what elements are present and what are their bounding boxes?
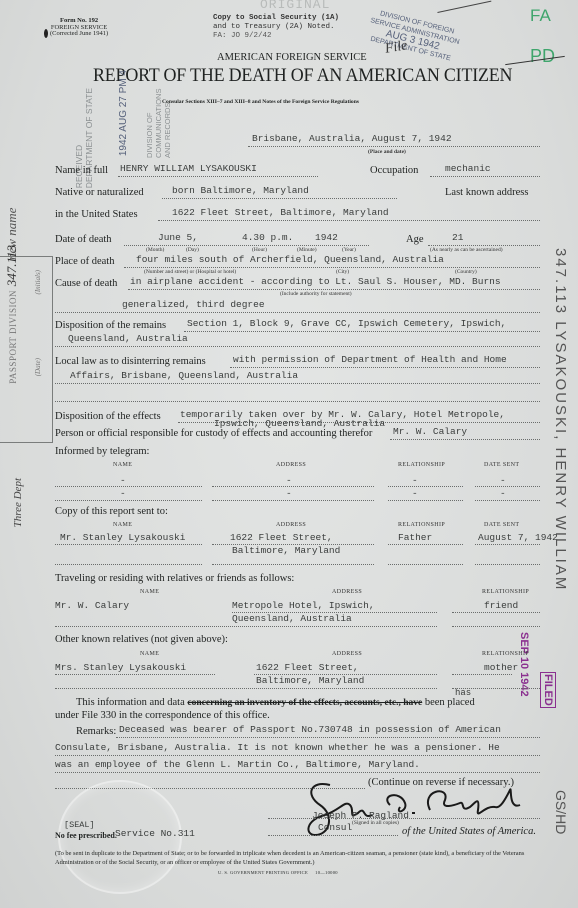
copy-address-line1: 1622 Fleet Street, bbox=[230, 532, 333, 543]
last-address-label: Last known address bbox=[445, 187, 528, 198]
telegram-cell: - bbox=[286, 475, 292, 486]
in-us-label: in the United States bbox=[55, 209, 138, 220]
fa-note: FA bbox=[530, 6, 551, 26]
filed-label-stamp: FILED bbox=[540, 672, 556, 708]
remains-label: Disposition of the remains bbox=[55, 320, 166, 331]
place-of-death-label: Place of death bbox=[55, 256, 114, 267]
copy-relationship: Father bbox=[398, 532, 432, 543]
copy-line bbox=[388, 544, 463, 545]
telegram-heading: Informed by telegram: bbox=[55, 446, 149, 457]
tg-line bbox=[55, 486, 202, 487]
custody-label: Person or official responsible for custo… bbox=[55, 428, 372, 439]
strike-marks-icon bbox=[437, 1, 497, 43]
place-and-date-line bbox=[248, 146, 540, 147]
copy-note-line2: and to Treasury (2A) Noted. bbox=[213, 23, 339, 32]
division-comm-stamp: DIVISION OF COMMUNICATIONS AND RECORDS bbox=[145, 98, 175, 158]
punch-mark bbox=[44, 29, 48, 38]
copy-col-date-sent: DATE SENT bbox=[484, 522, 519, 528]
copy-name: Mr. Stanley Lysakouski bbox=[60, 532, 185, 543]
name-line bbox=[118, 176, 318, 177]
traveling-col-name: NAME bbox=[140, 589, 159, 595]
age-value: 21 bbox=[452, 232, 463, 243]
tg-line bbox=[212, 500, 374, 501]
copy-line bbox=[55, 564, 202, 565]
native-label: Native or naturalized bbox=[55, 187, 144, 198]
passport-division-label: PASSPORT DIVISION bbox=[8, 290, 18, 384]
place-caption-country: (Country) bbox=[455, 269, 477, 275]
tg-line bbox=[475, 500, 540, 501]
signed-caption: (Signed in all copies) bbox=[352, 820, 399, 826]
copy-sent-heading: Copy of this report sent to: bbox=[55, 506, 168, 517]
telegram-col-relationship: RELATIONSHIP bbox=[398, 462, 445, 468]
place-and-date-caption: (Place and date) bbox=[368, 149, 406, 155]
cause-line-1 bbox=[128, 289, 540, 290]
telegram-cell: - bbox=[120, 475, 126, 486]
law-line-2 bbox=[55, 383, 540, 384]
other-address-line1: 1622 Fleet Street, bbox=[256, 662, 359, 673]
date-line bbox=[124, 245, 369, 246]
custody-value: Mr. W. Calary bbox=[393, 426, 467, 437]
traveling-line bbox=[232, 612, 437, 613]
local-law-value-line2: Affairs, Brisbane, Queensland, Australia bbox=[70, 370, 298, 381]
remains-line-2 bbox=[55, 346, 540, 347]
custody-line bbox=[390, 439, 540, 440]
other-col-address: ADDRESS bbox=[332, 651, 362, 657]
traveling-line bbox=[55, 626, 437, 627]
remarks-rule bbox=[55, 772, 540, 773]
received-date-stamp: 1942 AUG 27 PM 4 bbox=[118, 70, 129, 156]
date-caption-hour: (Hour) bbox=[252, 247, 267, 253]
other-line bbox=[55, 674, 215, 675]
date-caption-minute: (Minute) bbox=[297, 247, 317, 253]
pd-note: PD bbox=[530, 46, 555, 67]
date-year-value: 1942 bbox=[315, 232, 338, 243]
footer-printer: U. S. GOVERNMENT PRINTING OFFICE 10—1000… bbox=[218, 870, 338, 875]
place-of-death-value: four miles south of Archerfield, Queensl… bbox=[136, 254, 444, 265]
telegram-cell: - bbox=[286, 488, 292, 499]
native-value: born Baltimore, Maryland bbox=[172, 185, 309, 196]
agency-name: AMERICAN FOREIGN SERVICE bbox=[217, 52, 367, 63]
traveling-name: Mr. W. Calary bbox=[55, 600, 129, 611]
date-caption-year: (Year) bbox=[342, 247, 356, 253]
telegram-cell: - bbox=[120, 488, 126, 499]
cause-caption: (Include authority for statement) bbox=[280, 291, 352, 297]
copy-line bbox=[475, 544, 540, 545]
telegram-cell: - bbox=[500, 488, 506, 499]
tg-line bbox=[212, 486, 374, 487]
telegram-cell: - bbox=[412, 488, 418, 499]
gs-hd-mark: GS/HD bbox=[553, 790, 569, 834]
page-subtitle: Consular Sections XIII–7 and XIII–8 and … bbox=[162, 99, 359, 105]
tg-line bbox=[475, 486, 540, 487]
of-usa-label: of the United States of America. bbox=[402, 826, 536, 837]
inventory-text-before: This information and data bbox=[76, 697, 185, 708]
telegram-cell: - bbox=[500, 475, 506, 486]
copy-note-line3: FA: JO 9/2/42 bbox=[213, 32, 339, 41]
traveling-address-line1: Metropole Hotel, Ipswich, bbox=[232, 600, 375, 611]
traveling-relationship: friend bbox=[484, 600, 518, 611]
date-month-value: June 5, bbox=[158, 232, 198, 243]
inventory-text-after: been placed bbox=[425, 697, 475, 708]
form-number-block: Form No. 192 FOREIGN SERVICE (Corrected … bbox=[50, 18, 108, 38]
copy-note: Copy to Social Security (1A) and to Trea… bbox=[213, 14, 339, 41]
copy-line bbox=[475, 564, 540, 565]
copy-date-sent: August 7, 1942 bbox=[478, 532, 558, 543]
signer-title: Consul bbox=[318, 822, 352, 833]
telegram-col-name: NAME bbox=[113, 462, 132, 468]
traveling-col-address: ADDRESS bbox=[332, 589, 362, 595]
remains-value-line2: Queensland, Australia bbox=[68, 333, 188, 344]
title-line bbox=[268, 835, 398, 836]
traveling-line bbox=[452, 612, 540, 613]
local-law-label: Local law as to disinterring remains bbox=[55, 356, 206, 367]
other-name: Mrs. Stanley Lysakouski bbox=[55, 662, 186, 673]
copy-line bbox=[388, 564, 463, 565]
file-number-handwritten: 347.113 bbox=[4, 245, 20, 286]
in-us-value: 1622 Fleet Street, Baltimore, Maryland bbox=[172, 207, 389, 218]
cause-value-line1: in airplane accident - according to Lt. … bbox=[130, 276, 501, 287]
no-fee-label: No fee prescribed. bbox=[55, 831, 117, 840]
cause-value-line2: generalized, third degree bbox=[122, 299, 265, 310]
other-relationship: mother bbox=[484, 662, 518, 673]
other-line bbox=[254, 674, 437, 675]
original-stamp: ORIGINAL bbox=[260, 0, 330, 12]
passport-date-label: (Date) bbox=[34, 358, 42, 376]
other-col-name: NAME bbox=[140, 651, 159, 657]
occupation-label: Occupation bbox=[370, 165, 418, 176]
other-line bbox=[55, 688, 437, 689]
law-line-1 bbox=[230, 367, 540, 368]
inventory-line2: under File 330 in the correspondence of … bbox=[55, 710, 270, 721]
form-corrected: (Corrected June 1941) bbox=[50, 31, 108, 38]
remarks-label: Remarks: bbox=[76, 726, 116, 737]
other-address-line2: Baltimore, Maryland bbox=[256, 675, 364, 686]
tg-line bbox=[388, 500, 463, 501]
remarks-rule bbox=[116, 737, 540, 738]
document-page: Form No. 192 FOREIGN SERVICE (Corrected … bbox=[0, 0, 578, 908]
handwritten-file-note: File bbox=[384, 38, 409, 58]
seal-label: [SEAL] bbox=[64, 820, 95, 830]
remains-line-1 bbox=[184, 331, 540, 332]
copy-line bbox=[55, 544, 202, 545]
tg-line bbox=[388, 486, 463, 487]
telegram-col-date-sent: DATE SENT bbox=[484, 462, 519, 468]
copy-note-line1: Copy to Social Security (1A) bbox=[213, 14, 339, 23]
copy-line bbox=[212, 544, 374, 545]
traveling-address-line2: Queensland, Australia bbox=[232, 613, 352, 624]
place-caption-street: (Number and street) or (Hospital or hote… bbox=[144, 269, 236, 275]
margin-note-three-dept: Three Dept bbox=[12, 478, 24, 527]
other-col-relationship: RELATIONSHIP bbox=[482, 651, 529, 657]
local-law-value-line1: with permission of Department of Health … bbox=[233, 354, 507, 365]
in-us-line bbox=[158, 220, 540, 221]
passport-initials-label: (Initials) bbox=[34, 270, 42, 295]
other-line bbox=[452, 674, 512, 675]
footer-instructions: (To be sent in duplicate to the Departme… bbox=[55, 849, 541, 867]
remarks-line1: Deceased was bearer of Passport No.73074… bbox=[119, 724, 501, 735]
cause-of-death-label: Cause of death bbox=[55, 278, 117, 289]
cause-line-2 bbox=[55, 312, 540, 313]
name-label: Name in full bbox=[55, 165, 108, 176]
place-and-date-value: Brisbane, Australia, August 7, 1942 bbox=[252, 133, 452, 144]
copy-line bbox=[212, 564, 374, 565]
copy-col-address: ADDRESS bbox=[276, 522, 306, 528]
traveling-line bbox=[452, 626, 540, 627]
inventory-statement: This information and data concerning an … bbox=[76, 697, 475, 708]
occupation-line bbox=[430, 176, 540, 177]
place-line bbox=[124, 267, 540, 268]
remains-value-line1: Section 1, Block 9, Grave CC, Ipswich Ce… bbox=[187, 318, 506, 329]
date-hour-value: 4.30 p.m. bbox=[242, 232, 293, 243]
page-title: REPORT OF THE DEATH OF AN AMERICAN CITIZ… bbox=[93, 66, 512, 87]
traveling-heading: Traveling or residing with relatives or … bbox=[55, 573, 294, 584]
inventory-struck-text: concerning an inventory of the effects, … bbox=[187, 698, 422, 708]
copy-col-relationship: RELATIONSHIP bbox=[398, 522, 445, 528]
age-line bbox=[428, 245, 540, 246]
tg-line bbox=[55, 500, 202, 501]
native-line bbox=[162, 198, 397, 199]
age-label: Age bbox=[406, 234, 424, 245]
copy-address-line2: Baltimore, Maryland bbox=[232, 545, 340, 556]
place-caption-city: (City) bbox=[336, 269, 349, 275]
other-relatives-heading: Other known relatives (not given above): bbox=[55, 634, 228, 645]
remarks-line3: was an employee of the Glenn L. Martin C… bbox=[55, 759, 420, 770]
law-line-3 bbox=[55, 401, 540, 402]
name-value: HENRY WILLIAM LYSAKOUSKI bbox=[120, 163, 257, 174]
date-caption-day: (Day) bbox=[186, 247, 199, 253]
occupation-value: mechanic bbox=[445, 163, 491, 174]
remarks-rule bbox=[55, 755, 540, 756]
filed-date-stamp: SEP 10 1942 bbox=[518, 632, 530, 697]
telegram-col-address: ADDRESS bbox=[276, 462, 306, 468]
date-caption-month: (Month) bbox=[146, 247, 164, 253]
telegram-cell: - bbox=[412, 475, 418, 486]
remarks-line2: Consulate, Brisbane, Australia. It is no… bbox=[55, 742, 500, 753]
effects-label: Disposition of the effects bbox=[55, 411, 161, 422]
copy-col-name: NAME bbox=[113, 522, 132, 528]
date-of-death-label: Date of death bbox=[55, 234, 112, 245]
age-caption: (As nearly as can be ascertained) bbox=[430, 247, 503, 253]
service-number: Service No.311 bbox=[115, 828, 195, 839]
traveling-col-relationship: RELATIONSHIP bbox=[482, 589, 529, 595]
